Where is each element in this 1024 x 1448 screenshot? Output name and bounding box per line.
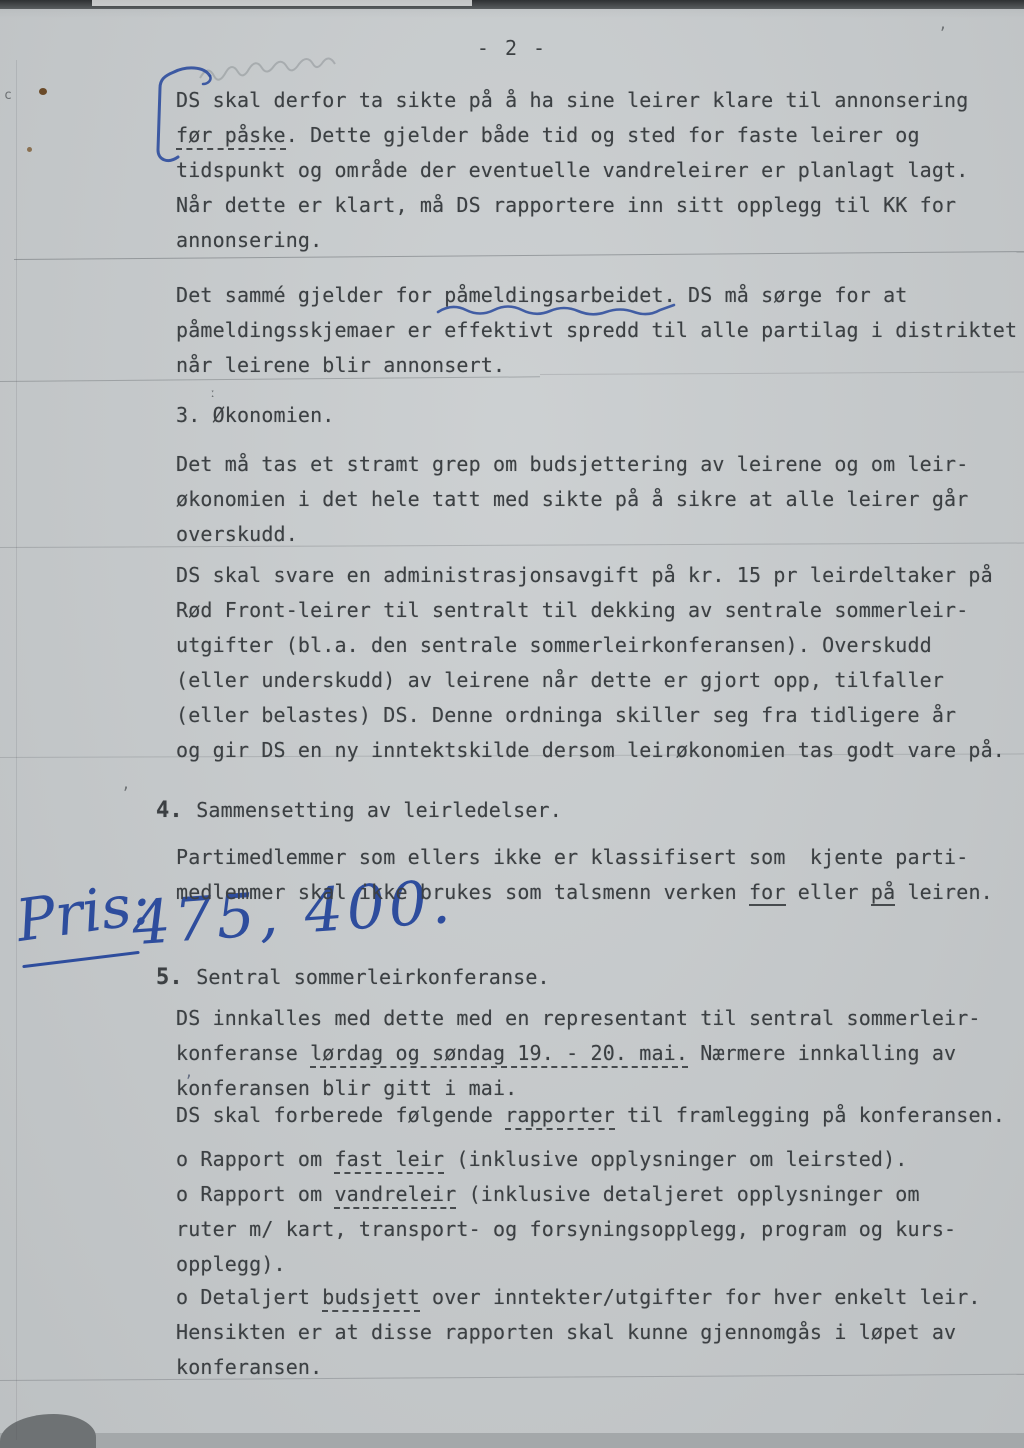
text-line: Hensikten er at disse rapporten skal kun… xyxy=(176,1315,956,1350)
heading-sammensetting: 4. Sammensetting av leirledelser. xyxy=(156,793,562,828)
paragraph-pamelding: Det sammé gjelder for påmeldingsarbeidet… xyxy=(176,278,1017,383)
text-line: o Rapport om vandreleir (inklusive detal… xyxy=(176,1177,956,1212)
scan-top-sliver xyxy=(92,0,472,6)
text-line: DS skal derfor ta sikte på å ha sine lei… xyxy=(176,83,968,118)
paragraph-budsjettering: Det må tas et stramt grep om budsjetteri… xyxy=(176,447,968,552)
heading-konferanse: 5. Sentral sommerleirkonferanse. xyxy=(156,960,550,995)
text-line: o Detaljert budsjett over inntekter/utgi… xyxy=(176,1280,981,1315)
text-line: utgifter (bl.a. den sentrale sommerleirk… xyxy=(176,628,1005,663)
text-line: Når dette er klart, må DS rapportere inn… xyxy=(176,188,968,223)
bullet-list-rapporter: o Rapport om fast leir (inklusive opplys… xyxy=(176,1142,956,1282)
text-line: (eller underskudd) av leirene når dette … xyxy=(176,663,1005,698)
text-line: påmeldingsskjemaer er effektivt spredd t… xyxy=(176,313,1017,348)
heading-okonomien: 3. Økonomien. xyxy=(176,398,334,433)
text-line: før påske. Dette gjelder både tid og ste… xyxy=(176,118,968,153)
stray-pencil-mark: c xyxy=(4,88,12,103)
text-line: overskudd. xyxy=(176,517,968,552)
handwritten-pris-underline xyxy=(22,951,139,968)
paragraph-hensikten: Hensikten er at disse rapporten skal kun… xyxy=(176,1315,956,1385)
text-line: ruter m/ kart, transport- og forsyningso… xyxy=(176,1212,956,1247)
text-line: konferansen. xyxy=(176,1350,956,1385)
paper-fold xyxy=(16,60,17,1440)
bullet-budsjett: o Detaljert budsjett over inntekter/utgi… xyxy=(176,1280,981,1315)
text-line: Partimedlemmer som ellers ikke er klassi… xyxy=(176,840,993,875)
text-line: o Rapport om fast leir (inklusive opplys… xyxy=(176,1142,956,1177)
text-line: økonomien i det hele tatt med sikte på å… xyxy=(176,482,968,517)
paragraph-administrasjonsavgift: DS skal svare en administrasjonsavgift p… xyxy=(176,558,1005,768)
text-line: 4. Sammensetting av leirledelser. xyxy=(156,793,562,828)
text-line: Det må tas et stramt grep om budsjetteri… xyxy=(176,447,968,482)
text-line: (eller belastes) DS. Denne ordninga skil… xyxy=(176,698,1005,733)
text-line: 3. Økonomien. xyxy=(176,398,334,433)
stray-mark: ’ xyxy=(121,784,130,802)
paper-stain xyxy=(27,147,32,152)
text-line: konferanse lørdag og søndag 19. - 20. ma… xyxy=(176,1036,981,1071)
scan-bottom-edge xyxy=(0,1433,1024,1448)
text-line: DS skal svare en administrasjonsavgift p… xyxy=(176,558,1005,593)
text-line: medlemmer skal ikke brukes som talsmenn … xyxy=(176,875,993,910)
scanned-document-page: c ’ ’ ː ’ - 2 - Pris: 475, 400. DS skal … xyxy=(0,0,1024,1448)
paragraph-partimedlemmer: Partimedlemmer som ellers ikke er klassi… xyxy=(176,840,993,910)
text-line: DS innkalles med dette med en representa… xyxy=(176,1001,981,1036)
text-line: DS skal forberede følgende rapporter til… xyxy=(176,1098,1005,1133)
text-line: Rød Front-leirer til sentralt til dekkin… xyxy=(176,593,1005,628)
paper-stain xyxy=(39,88,47,95)
text-line: når leirene blir annonsert. xyxy=(176,348,1017,383)
text-line: og gir DS en ny inntektskilde dersom lei… xyxy=(176,733,1005,768)
text-line: Det sammé gjelder for påmeldingsarbeidet… xyxy=(176,278,1017,313)
scan-bottom-left-shadow xyxy=(0,1414,96,1448)
text-line: opplegg). xyxy=(176,1247,956,1282)
text-line: 5. Sentral sommerleirkonferanse. xyxy=(156,960,550,995)
text-line: annonsering. xyxy=(176,223,968,258)
paragraph-innkalling: DS innkalles med dette med en representa… xyxy=(176,1001,981,1106)
page-number: - 2 - xyxy=(0,36,1024,60)
paragraph-annonsering: DS skal derfor ta sikte på å ha sine lei… xyxy=(176,83,968,258)
paragraph-rapporter: DS skal forberede følgende rapporter til… xyxy=(176,1098,1005,1133)
text-line: tidspunkt og område der eventuelle vandr… xyxy=(176,153,968,188)
